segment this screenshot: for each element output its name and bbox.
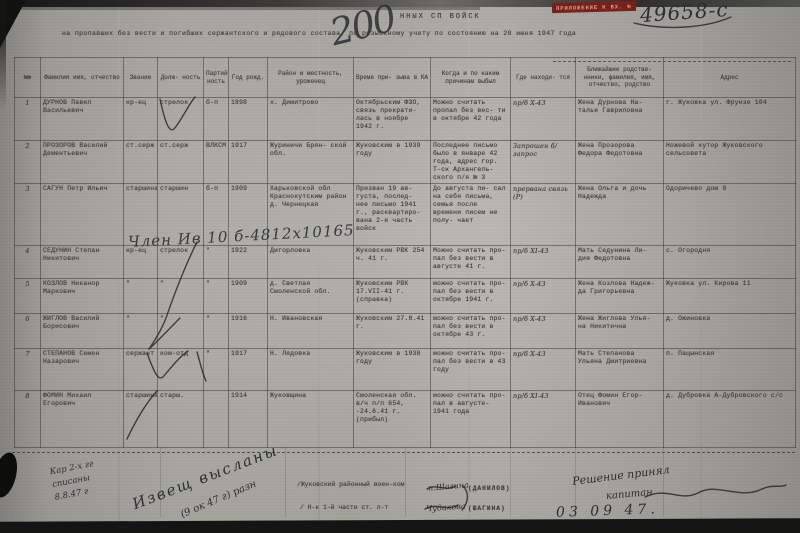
cell-party: б-п: [204, 98, 229, 141]
cell-status: пр/б XI-43: [511, 246, 576, 279]
cell-drafted: Жуковским РВК 254 ч. 41 г.: [354, 246, 431, 279]
dark-bottom-edge: [0, 518, 800, 533]
cell-fio: СЕДУНИН Степан Никитович: [41, 246, 124, 279]
cell-address: с. Огородня: [664, 246, 796, 279]
cell-relatives: Мать Степанова Ульяна Дмитриевна: [576, 349, 664, 391]
cell-year: 1917: [229, 141, 268, 184]
cell-cause: Можно считать про- пал без вести в авгус…: [431, 246, 511, 279]
cell-address: Жуковка ул. Кирова 11: [664, 279, 796, 314]
decision-note: Решение принял: [572, 463, 671, 488]
column-header-drafted: Время при- зыва в КА: [354, 58, 431, 98]
cell-fio: САГУН Петр Ильич: [41, 184, 124, 246]
document-subtitle: на пропавших без вести и погибших сержан…: [62, 30, 576, 37]
cell-status: пр/б X-43: [511, 349, 576, 391]
cell-duty: ": [158, 279, 204, 314]
cell-drafted: Смоленская обл. в/ч п/п 654, -24.6.41 г.…: [354, 391, 431, 448]
cell-drafted: Жуковским в 1938 году: [354, 349, 431, 391]
cell-drafted: Призван 19 ав- густа, послед- нее письмо…: [354, 184, 431, 246]
cell-year: 1909: [229, 279, 268, 314]
cell-cause: можно считать про- пал без вести в октяб…: [431, 314, 511, 349]
column-header-num: №№: [15, 58, 41, 98]
cell-duty: ст.серж: [158, 141, 204, 184]
column-header-address: Адрес: [664, 58, 796, 98]
incoming-number-handwritten: 49658-с: [639, 0, 729, 27]
cell-birthplace: д. Светлая Смоленской обл.: [268, 279, 354, 314]
cell-cause: можно считать про- пал в августе- 1941 г…: [431, 391, 511, 448]
cell-address: Ножевой хутор Жуковского сельсовета: [664, 141, 796, 184]
cell-fio: ЖИГЛОВ Василий Борисович: [41, 314, 124, 349]
cell-relatives: Мать Седунина Ли- дия Федотовна: [576, 246, 664, 279]
footer-dashed-separator: [12, 452, 795, 453]
column-header-birthplace: Район и местность, уроженец: [268, 58, 354, 98]
cell-cause: Можно считать пропал без вес- ти в октяб…: [431, 98, 511, 141]
cell-status: пр/б X-43: [511, 279, 576, 314]
cell-relatives: Жена Ольга и дочь Надежда: [576, 184, 664, 246]
cell-relatives: Отец Фомин Егор- Иванович: [576, 391, 664, 448]
cell-num: 8: [15, 391, 41, 448]
cell-address: г. Жуковка ул. Фрунзе 104: [664, 98, 796, 141]
signature-title-section-chief: / Н-к 1-й части ст. л-т: [300, 504, 388, 511]
cell-num: 4: [15, 246, 41, 279]
decision-date: 03 09 47.: [556, 501, 659, 521]
cell-party: [204, 391, 229, 448]
dark-left-edge: [0, 0, 6, 110]
cell-drafted: Жуковским в 1939 году: [354, 141, 431, 184]
cell-party: ": [204, 279, 229, 314]
cell-cause: можно считать про- пал без вести в октяб…: [431, 279, 511, 314]
column-header-duty: Долж- ность: [158, 58, 204, 98]
cell-num: 7: [15, 349, 41, 391]
cell-party: ВЛКСМ: [204, 141, 229, 184]
cell-relatives: Жена Жиглова Улья- на Никитична: [576, 314, 664, 349]
cell-birthplace: Журиничи Брян- ской обл.: [268, 141, 354, 184]
cell-num: 2: [15, 141, 41, 184]
cell-rank: ст.серж: [124, 141, 158, 184]
cell-status: Запрошен б/запрос: [511, 141, 576, 184]
cell-drafted: Жуковским 27.8.41 г.: [354, 314, 431, 349]
cell-duty: ": [158, 314, 204, 349]
cell-party: ": [204, 349, 229, 391]
table-row: 6ЖИГЛОВ Василий Борисович"""1916Н. Ивано…: [15, 314, 796, 349]
cell-address: Одоричево дом 8: [664, 184, 796, 246]
captain-signature-flourish: [645, 485, 786, 497]
cell-cause: Последнее письмо было в январе 42 года, …: [431, 141, 511, 184]
column-header-fio: Фамилия имя, отчество: [41, 58, 124, 98]
cell-fio: КОЗЛОВ Никанор Маркович: [41, 279, 124, 314]
red-registry-stamp: ПРИЛОЖЕНИЕ К ВХ. №: [552, 1, 636, 13]
signature-name-shagina: (ШАГИНА): [468, 505, 506, 512]
ink-blot: [0, 450, 21, 500]
cell-birthplace: Н. Ивановская: [268, 314, 354, 349]
cell-address: д. Ожиновка: [664, 314, 796, 349]
cell-rank: ": [124, 314, 158, 349]
column-header-relatives: Ближайшие родстве- нники, фамилия, имя, …: [576, 58, 664, 98]
table-row: 5КОЗЛОВ Никанор Маркович"""1909д. Светла…: [15, 279, 796, 314]
cell-duty: старш.: [158, 391, 204, 448]
cell-fio: СТЕПАНОВ Семен Назарович: [41, 349, 124, 391]
cell-relatives: Жена Козлова Надеж- да Григорьевна: [576, 279, 664, 314]
header-row: №№Фамилия имя, отчествоЗваниеДолж- ность…: [15, 58, 796, 98]
cell-fio: ПРОЗОРОВ Василий Дементьевич: [41, 141, 124, 184]
cell-duty: стрелок: [158, 98, 204, 141]
cell-address: п. Пацынская: [664, 349, 796, 391]
cell-birthplace: Жуковщина: [268, 391, 354, 448]
cell-address: д. Дубровка А-Дубровского с/с: [664, 391, 796, 448]
cell-status: пр/б XI-43: [511, 391, 576, 448]
cell-rank: сержант: [124, 349, 158, 391]
cell-birthplace: х. Димитрово: [268, 98, 354, 141]
cell-status: пр/б X-43: [511, 98, 576, 141]
cell-rank: кр-ец: [124, 98, 158, 141]
cell-num: 1: [15, 98, 41, 141]
cell-year: 1916: [229, 314, 268, 349]
cell-relatives: Жена Прозорова Федора Федотовна: [576, 141, 664, 184]
table-row: 1ДУРНОВ Павел Васильевичкр-ецстрелокб-п1…: [15, 98, 796, 141]
cell-rank: ": [124, 279, 158, 314]
cell-num: 3: [15, 184, 41, 246]
column-header-cause: Когда и по каким причинам выбыл: [431, 58, 511, 98]
signature-handwritten-1: п.Шагина: [428, 480, 469, 493]
cell-num: 5: [15, 279, 41, 314]
cell-fio: ФОМИН Михаил Егорович: [41, 391, 124, 448]
cell-status: прервана связь (Р): [511, 184, 576, 246]
footer-note-cards: Кар 2-х гг списаны 8.8.47 г: [49, 458, 100, 504]
cell-year: 1917: [229, 349, 268, 391]
column-header-rank: Звание: [124, 58, 158, 98]
cell-duty: ком-отд: [158, 349, 204, 391]
cell-cause: можно считать про- пал без вести в 43 го…: [431, 349, 511, 391]
table-body: 1ДУРНОВ Павел Васильевичкр-ецстрелокб-п1…: [15, 98, 796, 448]
cell-birthplace: Н. Лядовка: [268, 349, 354, 391]
column-header-year: Год рожд.: [229, 58, 268, 98]
cell-year: 1922: [229, 246, 268, 279]
cell-year: 1914: [229, 391, 268, 448]
table-row: 7СТЕПАНОВ Семен Назаровичсержантком-отд"…: [15, 349, 796, 391]
torn-top-edge-shadow: [0, 7, 480, 10]
signature-title-commissar: /Жуковский районный воен-ком: [297, 481, 404, 488]
column-header-party: Партий ность: [204, 58, 229, 98]
cell-rank: старшина: [124, 391, 158, 448]
cell-fio: ДУРНОВ Павел Васильевич: [41, 98, 124, 141]
signature-name-danilov: (ДАНИЛОВ): [468, 485, 510, 492]
cell-cause: До августа пи- сал на себя письма, семья…: [431, 184, 511, 246]
decision-rank: капитан: [606, 487, 654, 502]
casualty-roster-table: №№Фамилия имя, отчествоЗваниеДолж- ность…: [14, 57, 796, 448]
cell-drafted: Жуковским РВК 17.VII-41 г. (справка): [354, 279, 431, 314]
column-header-status: Где находи- тся: [511, 58, 576, 98]
scanned-document: ПРИЛОЖЕНИЕ К ВХ. № 49658-с 200 ННЫХ СП В…: [0, 0, 800, 533]
signature-handwritten-2: Чудакова: [426, 502, 466, 514]
cell-drafted: Октябрьским ФЗО, связь прекрати- лась в …: [354, 98, 431, 141]
table-row: 2ПРОЗОРОВ Василий Дементьевичст.сержст.с…: [15, 141, 796, 184]
cell-duty: стрелок: [158, 246, 204, 279]
cell-party: ": [204, 314, 229, 349]
cell-status: пр/б X-43: [511, 314, 576, 349]
cell-birthplace: Дигорловка: [268, 246, 354, 279]
cell-year: 1898: [229, 98, 268, 141]
cell-num: 6: [15, 314, 41, 349]
table-row: 8ФОМИН Михаил Егоровичстаршинастарш.1914…: [15, 391, 796, 448]
title-fragment: ННЫХ СП ВОЙСК: [400, 13, 481, 21]
cell-relatives: Жена Дурнова На- талья Гавриловна: [576, 98, 664, 141]
cell-party: ": [204, 246, 229, 279]
